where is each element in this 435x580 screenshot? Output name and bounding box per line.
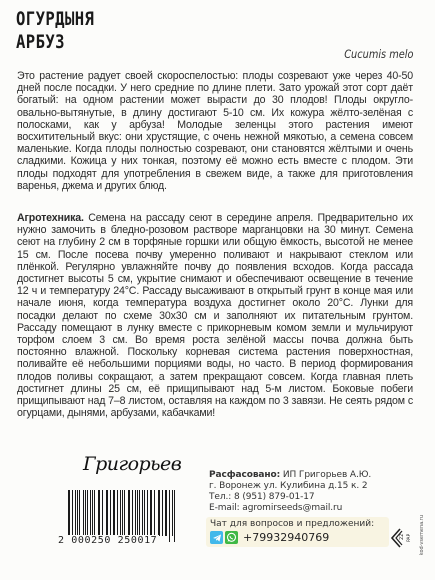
packer-name: ИП Григорьев А.Ю. (280, 470, 371, 480)
product-title: ОГУРДЫНЯ АРБУЗ (16, 8, 94, 54)
description-paragraph: Это растение радует своей скороспелостью… (17, 70, 413, 192)
packer-label: Расфасовано: (209, 470, 280, 480)
latin-name: Cucumis melo (344, 47, 413, 61)
packer-email: E-mail: agromirseeds@mail.ru (209, 503, 371, 514)
packer-info: Расфасовано: ИП Григорьев А.Ю. г. Вороне… (209, 470, 371, 514)
agrotech-label: Агротехника. (17, 212, 84, 224)
recycle-icon: 22 PAP (390, 527, 416, 553)
chat-box: Чат для вопросов и предложений: +7993294… (206, 517, 389, 547)
title-line-1: ОГУРДЫНЯ (16, 8, 94, 31)
title-line-2: АРБУЗ (16, 31, 94, 54)
whatsapp-icon (225, 531, 238, 544)
svg-text:PAP: PAP (406, 533, 412, 542)
agrotech-text: Семена на рассаду сеют в середине апреля… (17, 212, 413, 419)
packer-phone: Тел.: 8 (951) 879-01-17 (209, 492, 371, 503)
barcode-digits: 2 000250 250017 (56, 535, 159, 546)
packer-address: г. Воронеж ул. Кулибина д.15 к. 2 (209, 481, 371, 492)
site-label: kod-vsemena.ru (419, 515, 425, 555)
svg-text:22: 22 (399, 534, 405, 540)
chat-phone: +79932940769 (243, 531, 329, 544)
telegram-icon (210, 531, 223, 544)
agrotech-paragraph: Агротехника. Семена на рассаду сеют в се… (17, 212, 413, 419)
brand-logo: Григорьев (83, 453, 181, 475)
chat-label: Чат для вопросов и предложений: (210, 519, 385, 529)
